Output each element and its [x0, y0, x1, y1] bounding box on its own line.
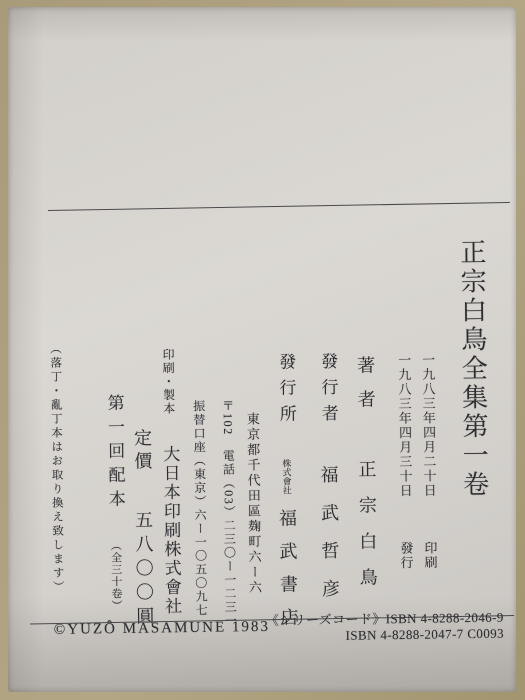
- issue-date-label: 發行: [399, 541, 413, 570]
- publisher-address-text: 東京都千代田區麹町六ー六: [245, 412, 261, 596]
- price-column: 定價 五八〇〇圓: [132, 428, 153, 630]
- isbn-block: 《シリーズコード》ISBN 4-8288-2046-9 ISBN 4-8288-…: [266, 610, 504, 646]
- photo-background: 正宗白鳥全集第一卷 一九八三年四月二十日 印刷 一九八三年四月三十日 發行 著者…: [0, 0, 525, 700]
- postal-telephone-text: 〒102 電話（03）二三〇ー一二三一: [221, 399, 236, 628]
- publisher-column: 發行者 福武哲彦: [317, 352, 339, 617]
- issue-date: 一九八三年四月三十日: [396, 353, 411, 498]
- printer-label: 印刷・製本: [161, 348, 174, 416]
- transfer-account-text: 振替口座（東京）六ー一〇五〇九七: [192, 400, 207, 618]
- price-label: 定價: [132, 428, 151, 474]
- printer-name: 大日本印刷株式會社: [160, 445, 180, 616]
- footer-block: ©YUZÔ MASAMUNE 1983 《シリーズコード》ISBN 4-8288…: [8, 603, 517, 670]
- publishing-house-label: 發行所: [276, 353, 295, 431]
- replacement-notice-text: （落丁・亂丁本はお取り換え致します）: [49, 342, 64, 594]
- print-date-label: 印刷: [423, 540, 437, 569]
- distribution-note: （全三十卷）: [109, 540, 121, 612]
- transfer-account: 振替口座（東京）六ー一〇五〇九七: [192, 400, 207, 618]
- copyright-line: ©YUZÔ MASAMUNE 1983: [54, 619, 270, 639]
- print-date-column: 一九八三年四月二十日 印刷: [420, 353, 436, 570]
- isbn-line: ISBN 4-8288-2047-7 C0093: [266, 626, 504, 646]
- author-name: 正宗白鳥: [356, 460, 377, 604]
- publishing-house-corp-type: 株式會社: [281, 459, 292, 485]
- replacement-notice: （落丁・亂丁本はお取り換え致します）: [49, 342, 64, 594]
- colophon-page: 正宗白鳥全集第一卷 一九八三年四月二十日 印刷 一九八三年四月三十日 發行 著者…: [8, 7, 516, 692]
- author-column: 著者 正宗白鳥: [355, 356, 377, 604]
- book-title: 正宗白鳥全集第一卷: [457, 238, 487, 499]
- issue-date-column: 一九八三年四月三十日 發行: [396, 353, 412, 570]
- author-label: 著者: [355, 356, 375, 424]
- print-date: 一九八三年四月二十日: [420, 353, 435, 498]
- postal-telephone: 〒102 電話（03）二三〇ー一二三一: [221, 399, 236, 628]
- distribution-column: 第一回配本 （全三十卷）: [105, 394, 126, 612]
- book-title-text: 正宗白鳥全集第一卷: [457, 238, 487, 499]
- publisher-label: 發行者: [318, 352, 337, 430]
- colophon-block: 正宗白鳥全集第一卷 一九八三年四月二十日 印刷 一九八三年四月三十日 發行 著者…: [4, 4, 520, 695]
- publishing-house-column: 發行所 株式會社 福武書店: [275, 353, 297, 641]
- printer-column: 印刷・製本 大日本印刷株式會社: [159, 348, 180, 616]
- publisher-address: 東京都千代田區麹町六ー六: [245, 412, 261, 596]
- distribution-label: 第一回配本: [105, 394, 124, 514]
- publisher-name: 福武哲彦: [319, 465, 340, 617]
